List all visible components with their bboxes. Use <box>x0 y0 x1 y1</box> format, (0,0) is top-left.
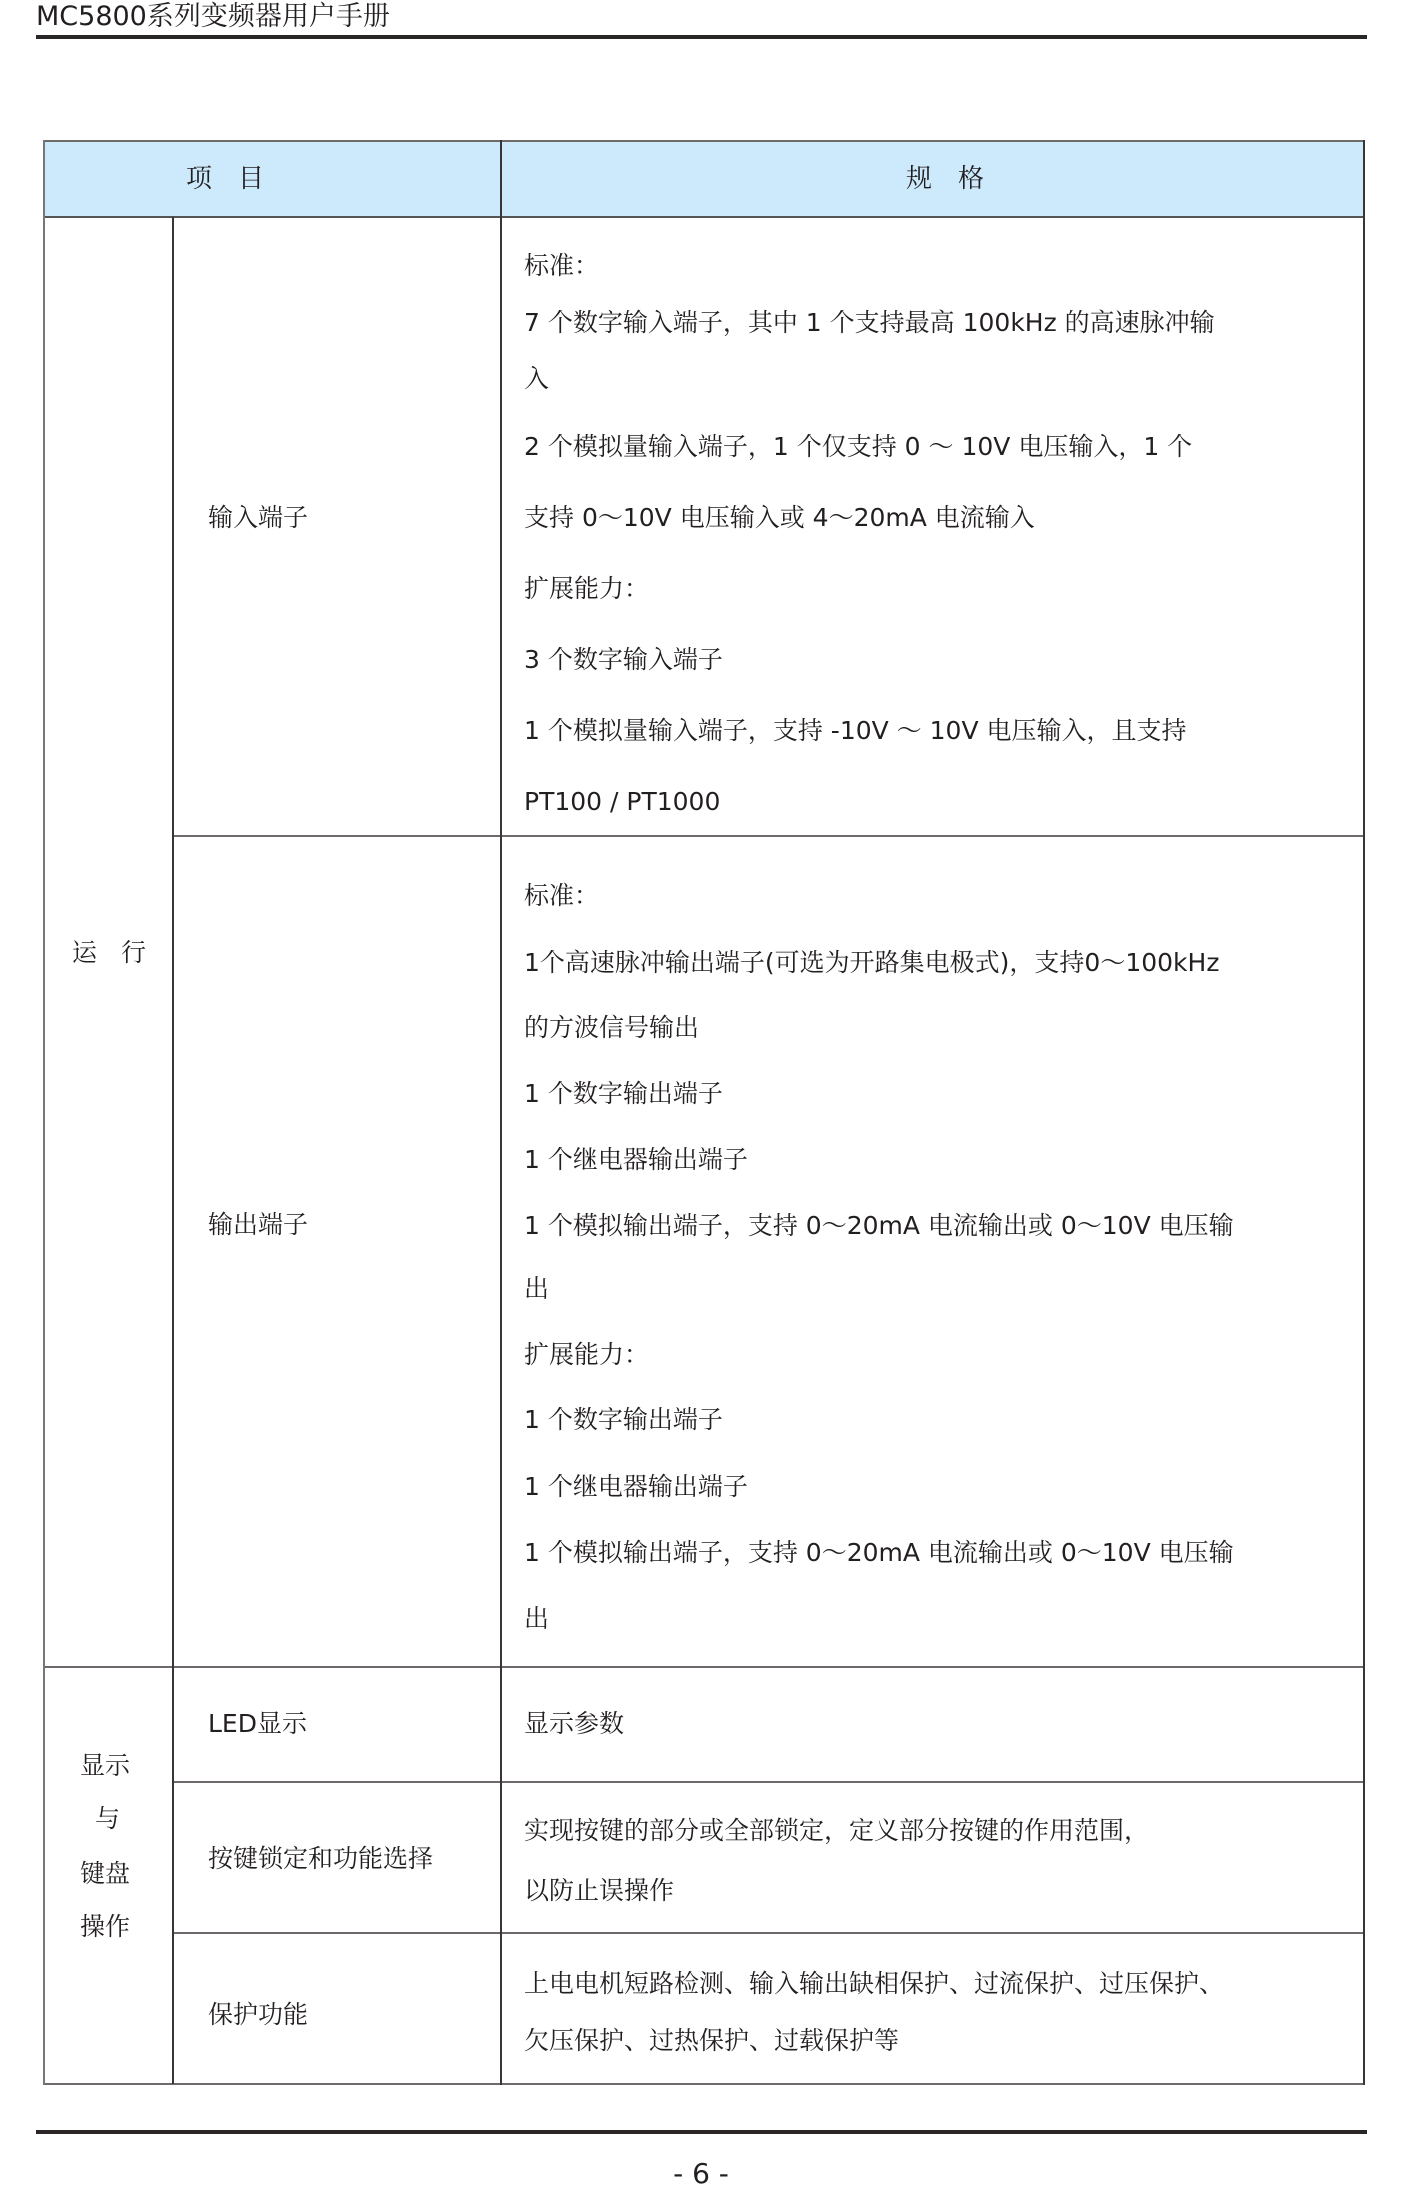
item-key-lock: 按键锁定和功能选择 <box>208 1844 433 1874</box>
table-border-left <box>43 140 45 2085</box>
header-divider <box>36 35 1367 39</box>
spec-line: 以防止误操作 <box>524 1876 674 1906</box>
column-header-item: 项 目 <box>186 164 264 194</box>
spec-line: 7 个数字输入端子，其中 1 个支持最高 100kHz 的高速脉冲输 <box>524 308 1215 338</box>
column-header-spec: 规 格 <box>906 164 984 194</box>
category-line: 与 <box>95 1804 120 1834</box>
spec-line: 1 个继电器输出端子 <box>524 1472 748 1502</box>
spec-line: 的方波信号输出 <box>524 1013 699 1043</box>
spec-line: 支持 0～10V 电压输入或 4～20mA 电流输入 <box>524 503 1035 533</box>
row-divider-led-key <box>173 1781 1365 1783</box>
spec-line: 出 <box>524 1274 549 1304</box>
item-led-display: LED显示 <box>208 1709 307 1739</box>
table-border-right <box>1363 140 1365 2085</box>
row-divider-input-output <box>173 835 1365 837</box>
spec-line: PT100 / PT1000 <box>524 787 720 817</box>
item-input-terminals: 输入端子 <box>208 503 308 533</box>
row-divider-key-protect <box>173 1932 1365 1934</box>
item-protection: 保护功能 <box>208 2000 308 2030</box>
spec-line: 标准： <box>524 251 599 281</box>
spec-line: 1 个数字输出端子 <box>524 1079 723 1109</box>
page-number: - 6 - <box>0 2158 1402 2185</box>
category-run: 运 行 <box>72 938 154 968</box>
spec-line: 3 个数字输入端子 <box>524 645 723 675</box>
table-border-bottom <box>44 2083 1365 2085</box>
spec-line: 实现按键的部分或全部锁定，定义部分按键的作用范围， <box>524 1816 1149 1846</box>
spec-line: 上电电机短路检测、输入输出缺相保护、过流保护、过压保护、 <box>524 1969 1224 1999</box>
spec-line: 扩展能力： <box>524 574 649 604</box>
item-output-terminals: 输出端子 <box>208 1210 308 1240</box>
table-border-top <box>44 140 1365 142</box>
spec-line: 显示参数 <box>524 1709 624 1739</box>
page-header-title: MC5800系列变频器用户手册 <box>36 0 390 34</box>
spec-line: 扩展能力： <box>524 1340 649 1370</box>
spec-line: 1 个模拟输出端子，支持 0～20mA 电流输出或 0～10V 电压输 <box>524 1211 1234 1241</box>
col-divider-category <box>172 217 174 2084</box>
spec-line: 1 个模拟输出端子，支持 0～20mA 电流输出或 0～10V 电压输 <box>524 1538 1234 1568</box>
spec-line: 欠压保护、过热保护、过载保护等 <box>524 2026 899 2056</box>
category-line: 键盘 <box>80 1859 130 1889</box>
category-line: 操作 <box>80 1912 130 1942</box>
col-divider-item <box>500 140 502 2085</box>
spec-line: 标准： <box>524 881 599 911</box>
spec-line: 出 <box>524 1604 549 1634</box>
row-divider-run-display <box>44 1666 1365 1668</box>
footer-divider <box>36 2130 1367 2134</box>
spec-line: 2 个模拟量输入端子，1 个仅支持 0 ～ 10V 电压输入，1 个 <box>524 432 1192 462</box>
spec-line: 1 个数字输出端子 <box>524 1405 723 1435</box>
spec-line: 入 <box>524 364 549 394</box>
spec-line: 1 个模拟量输入端子，支持 -10V ～ 10V 电压输入，且支持 <box>524 716 1187 746</box>
spec-line: 1个高速脉冲输出端子(可选为开路集电极式)，支持0～100kHz <box>524 948 1219 978</box>
spec-line: 1 个继电器输出端子 <box>524 1145 748 1175</box>
header-bottom-border <box>44 216 1365 218</box>
category-line: 显示 <box>80 1751 130 1781</box>
